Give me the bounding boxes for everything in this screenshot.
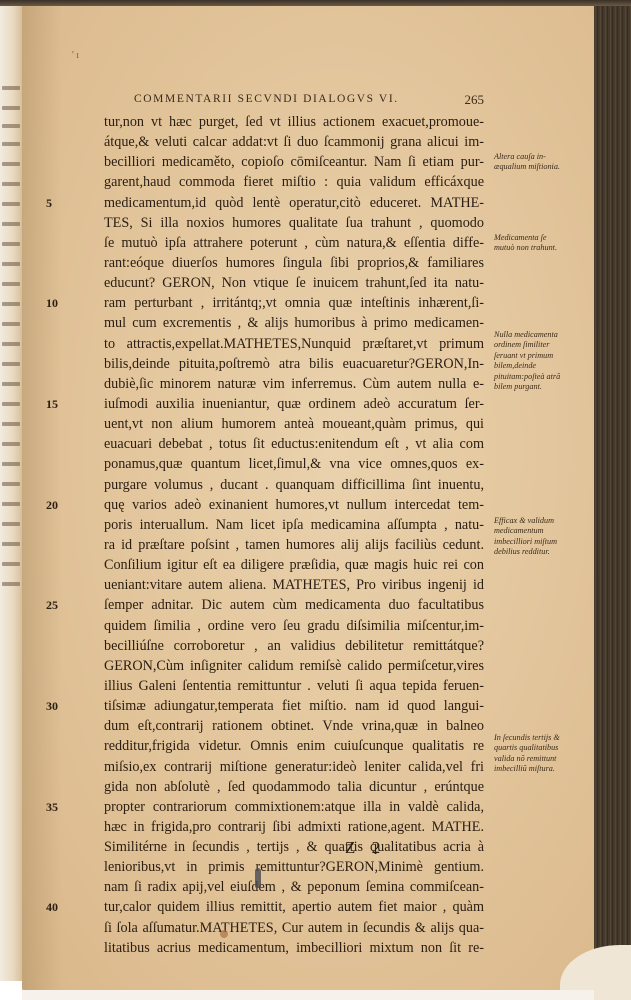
text-line: 40tur,calor quidem illius remittit, aper… (104, 897, 484, 917)
text-line: 15iuſmodi auxilia inueniantur, quæ ordin… (104, 394, 484, 414)
text-line: ra id præſtare poſsint , tamen humores a… (104, 535, 484, 555)
line-text: poris interuallum. Nam licet ipſa medica… (104, 517, 484, 533)
text-line: 20quę varios adeò exinanient humores,vt … (104, 495, 484, 515)
line-number: 35 (46, 797, 62, 817)
line-text: purgare volumus , ducant . quanquam diff… (104, 477, 484, 493)
text-line: bilis,deinde pituita,poſtremò atra bilis… (104, 354, 484, 374)
line-number: 10 (46, 293, 62, 313)
text-line: 35propter contrariorum commixtionem:atqu… (104, 797, 484, 817)
text-line: gida non abſolutè , ſed quodammodo talia… (104, 777, 484, 797)
line-text: nam ſi radix apij,vel eiuſdem , & peponu… (104, 879, 484, 895)
margin-note: Altera cauſa in-æqualium miſtionia. (494, 152, 566, 173)
line-text: ponamus,quæ quantum licet,ſimul,& vna vi… (104, 456, 484, 472)
text-line: GERON,Cùm inſigniter calidum remiſsè cal… (104, 656, 484, 676)
line-text: to attractis,expellat.MATHETES,Nunquid p… (104, 336, 484, 352)
text-line: hæc in frigida,pro contrarij ſibi admixt… (104, 817, 484, 837)
line-text: redditur,frigida videtur. Omnis enim cui… (104, 738, 484, 754)
line-text: ram perturbant , irritántq;,vt omnia quæ… (104, 295, 484, 311)
text-line: quidem ſimilia , ordine vero ſeu gradu d… (104, 616, 484, 636)
line-text: rant:eóque diuerſos humores ſingula ſibi… (104, 255, 484, 271)
line-text: ra id præſtare poſsint , tamen humores a… (104, 537, 484, 553)
text-line: nam ſi radix apij,vel eiuſdem , & peponu… (104, 877, 484, 897)
margin-note: In ſecundis tertijs & quartis qualitatib… (494, 733, 566, 775)
text-line: tur,non vt hæc purget, ſed vt illius act… (104, 112, 484, 132)
text-line: rant:eóque diuerſos humores ſingula ſibi… (104, 253, 484, 273)
paper-stain (220, 930, 228, 938)
text-line: 5medicamentum,id quòd lentè operatur,cit… (104, 193, 484, 213)
text-line: garent,haud commoda fieret miſtio : quia… (104, 172, 484, 192)
line-text: Similitérne in ſecundis , tertijs , & qu… (104, 839, 484, 855)
text-line: lenioribus,vt in primis remittuntur?GERO… (104, 857, 484, 877)
text-line: dubiè,ſic minorem naturæ vim inferremus.… (104, 374, 484, 394)
text-line: átque,& veluti calcar addat:vt ſi duo ſc… (104, 132, 484, 152)
line-text: Conſilium igitur eſt ea diligere præſidi… (104, 557, 484, 573)
text-line: mul cum excrementis , & alijs humoribus … (104, 313, 484, 333)
text-line: ſi ſola aſſumatur.MATHETES, Cur autem in… (104, 918, 484, 938)
margin-note: Efficax & validum medicamentum imbecilli… (494, 516, 566, 558)
text-line: 30tiſsimæ adiungatur,temperata fiet miſt… (104, 696, 484, 716)
line-text: quę varios adeò exinanient humores,vt nu… (104, 497, 484, 513)
text-line: 10ram perturbant , irritántq;,vt omnia q… (104, 293, 484, 313)
text-line: educunt? GERON, Non vtique ſe inuicem tr… (104, 273, 484, 293)
line-text: dubiè,ſic minorem naturæ vim inferremus.… (104, 376, 484, 392)
text-line: TES, Si illa noxios humores qualitate ſu… (104, 213, 484, 233)
text-line: ſe mutuò ipſa attrahere poterunt , cùm n… (104, 233, 484, 253)
margin-note: Medicamenta ſe mutuò non trahunt. (494, 233, 566, 254)
text-line: euacuari debebat , totus ſit eductus:eni… (104, 434, 484, 454)
line-text: tur,calor quidem illius remittit, aperti… (104, 899, 484, 915)
text-line: purgare volumus , ducant . quanquam diff… (104, 475, 484, 495)
facing-page-edge (0, 6, 23, 981)
text-line: ponamus,quæ quantum licet,ſimul,& vna vi… (104, 454, 484, 474)
page-bottom-edge (22, 990, 594, 1000)
text-line: redditur,frigida videtur. Omnis enim cui… (104, 736, 484, 756)
text-line: becilliori medicaměto, copioſo cōmiſcean… (104, 152, 484, 172)
line-text: tiſsimæ adiungatur,temperata fiet miſtio… (104, 698, 484, 714)
line-text: euacuari debebat , totus ſit eductus:eni… (104, 436, 484, 452)
line-text: becilliori medicaměto, copioſo cōmiſcean… (104, 154, 484, 170)
book-fore-edge (594, 6, 631, 1000)
line-text: medicamentum,id quòd lentè operatur,citò… (104, 195, 484, 211)
line-number: 30 (46, 696, 62, 716)
running-head: COMMENTARII SECVNDI DIALOGVS VI. 265 (134, 93, 484, 105)
line-text: ſe mutuò ipſa attrahere poterunt , cùm n… (104, 235, 484, 251)
text-line: miſsio,ex contrarij miſtione generatur:i… (104, 757, 484, 777)
line-text: lenioribus,vt in primis remittuntur?GERO… (104, 859, 484, 875)
text-line: becilliúſne corroboretur , an validius d… (104, 636, 484, 656)
line-text: átque,& veluti calcar addat:vt ſi duo ſc… (104, 134, 484, 150)
line-text: educunt? GERON, Non vtique ſe inuicem tr… (104, 275, 484, 291)
text-line: Similitérne in ſecundis , tertijs , & qu… (104, 837, 484, 857)
margin-note: Nulla medicamenta ordinem ſimiliter ſeru… (494, 330, 566, 392)
line-text: quidem ſimilia , ordine vero ſeu gradu d… (104, 618, 484, 634)
text-line: ueniant:vitare autem aliena. MATHETES, P… (104, 575, 484, 595)
line-text: gida non abſolutè , ſed quodammodo talia… (104, 779, 484, 795)
text-line: uent,vt non alium humorem anteà moueant,… (104, 414, 484, 434)
folio-number: 265 (465, 92, 485, 108)
running-head-title: COMMENTARII SECVNDI DIALOGVS VI. (134, 93, 399, 105)
line-text: TES, Si illa noxios humores qualitate ſu… (104, 215, 484, 231)
text-line: poris interuallum. Nam licet ipſa medica… (104, 515, 484, 535)
text-line: litatibus acrius medicamentum, imbecilli… (104, 938, 484, 958)
stray-mark: ' ı (72, 50, 79, 61)
line-text: iuſmodi auxilia inueniantur, quæ ordinem… (104, 396, 484, 412)
text-line: Conſilium igitur eſt ea diligere præſidi… (104, 555, 484, 575)
line-text: tur,non vt hæc purget, ſed vt illius act… (104, 114, 484, 130)
line-number: 40 (46, 897, 62, 917)
line-text: litatibus acrius medicamentum, imbecilli… (104, 940, 484, 956)
line-text: hæc in frigida,pro contrarij ſibi admixt… (104, 819, 484, 835)
line-number: 25 (46, 595, 62, 615)
line-number: 15 (46, 394, 62, 414)
text-line: to attractis,expellat.MATHETES,Nunquid p… (104, 334, 484, 354)
text-line: dum eſt,contrarij rationem obtinet. Vnde… (104, 716, 484, 736)
line-number: 20 (46, 495, 62, 515)
main-text-block: tur,non vt hæc purget, ſed vt illius act… (104, 112, 484, 958)
text-line: 25ſemper adnitar. Dic autem cùm medicame… (104, 595, 484, 615)
signature-mark: Z 2 (345, 838, 386, 858)
line-text: ſi ſola aſſumatur.MATHETES, Cur autem in… (104, 920, 484, 936)
line-text: illius Galeni ſententia remittuntur . ve… (104, 678, 484, 694)
line-text: garent,haud commoda fieret miſtio : quia… (104, 174, 484, 190)
line-text: ſemper adnitar. Dic autem cùm medicament… (104, 597, 484, 613)
line-text: bilis,deinde pituita,poſtremò atra bilis… (104, 356, 484, 372)
line-text: GERON,Cùm inſigniter calidum remiſsè cal… (104, 658, 484, 674)
ink-blot (255, 868, 261, 888)
line-text: uent,vt non alium humorem anteà moueant,… (104, 416, 484, 432)
line-text: miſsio,ex contrarij miſtione generatur:i… (104, 759, 484, 775)
line-text: ueniant:vitare autem aliena. MATHETES, P… (104, 577, 484, 593)
line-number: 5 (46, 193, 62, 213)
line-text: dum eſt,contrarij rationem obtinet. Vnde… (104, 718, 484, 734)
line-text: becilliúſne corroboretur , an validius d… (104, 638, 484, 654)
line-text: mul cum excrementis , & alijs humoribus … (104, 315, 484, 331)
text-line: illius Galeni ſententia remittuntur . ve… (104, 676, 484, 696)
line-text: propter contrariorum commixtionem:atque … (104, 799, 484, 815)
